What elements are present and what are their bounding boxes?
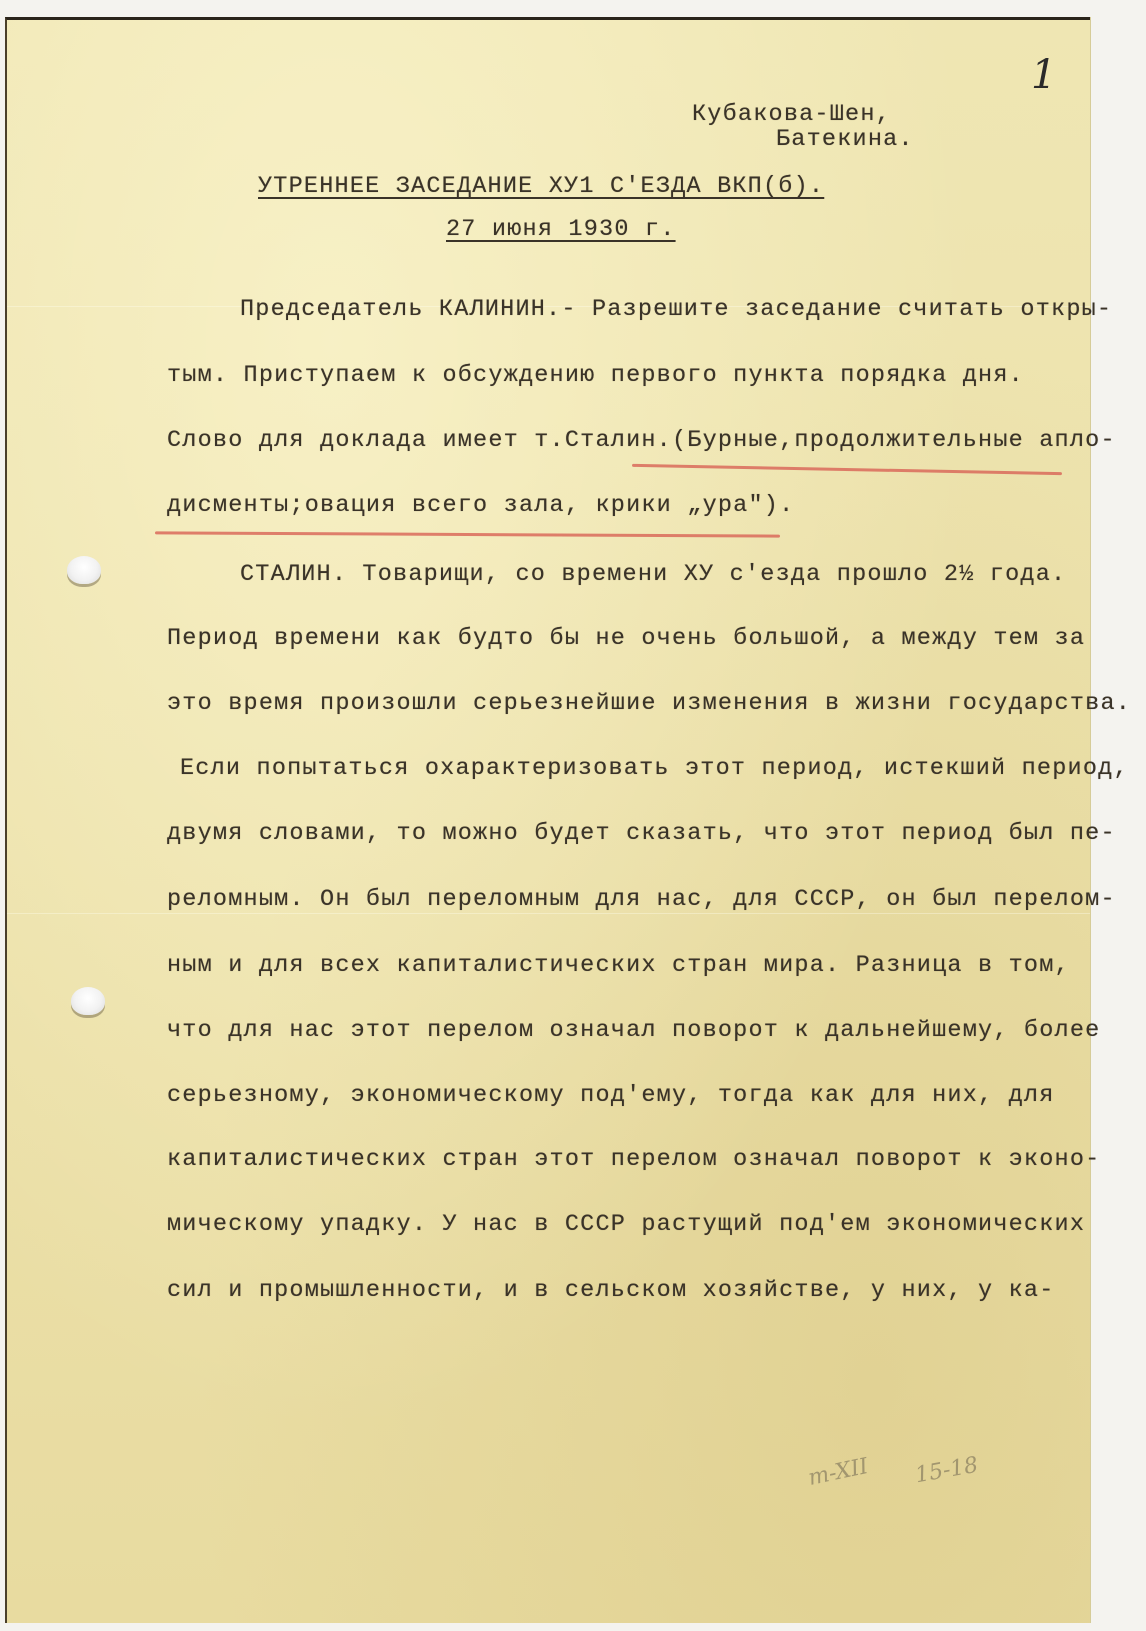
body-line: Если попытаться охарактеризовать этот пе…	[180, 755, 1129, 782]
typist-names-line-2: Батекина.	[776, 126, 914, 153]
body-line: дисменты;овация всего зала, крики „ура")…	[167, 492, 794, 519]
punch-hole	[71, 987, 105, 1015]
body-line: это время произошли серьезнейшие изменен…	[167, 690, 1131, 717]
body-line: двумя словами, то можно будет сказать, ч…	[167, 820, 1116, 847]
document-date: 27 июня 1930 г.	[446, 216, 676, 243]
body-line: мическому упадку. У нас в СССР растущий …	[167, 1211, 1085, 1238]
body-line: тым. Приступаем к обсуждению первого пун…	[167, 362, 1024, 389]
body-line: Период времени как будто бы не очень бол…	[167, 625, 1085, 652]
body-line: Председатель КАЛИНИН.- Разрешите заседан…	[240, 296, 1112, 323]
typist-names-line-1: Кубакова-Шен,	[692, 101, 891, 128]
page-number: 1	[1031, 52, 1056, 98]
document-title: УТРЕННЕЕ ЗАСЕДАНИЕ ХУ1 С'ЕЗДА ВКП(б).	[258, 173, 824, 200]
body-line: серьезному, экономическому под'ему, тогд…	[167, 1082, 1055, 1109]
body-line: что для нас этот перелом означал поворот…	[167, 1017, 1100, 1044]
body-line: ным и для всех капиталистических стран м…	[167, 952, 1070, 979]
body-line: реломным. Он был переломным для нас, для…	[167, 886, 1116, 913]
body-line: Слово для доклада имеет т.Сталин.(Бурные…	[167, 427, 1116, 454]
body-line: капиталистических стран этот перелом озн…	[167, 1146, 1100, 1173]
punch-hole	[67, 556, 101, 584]
body-line: сил и промышленности, и в сельском хозяй…	[167, 1277, 1055, 1304]
paper-fold	[7, 913, 1090, 914]
body-line: СТАЛИН. Товарищи, со времени ХУ с'езда п…	[240, 561, 1066, 588]
